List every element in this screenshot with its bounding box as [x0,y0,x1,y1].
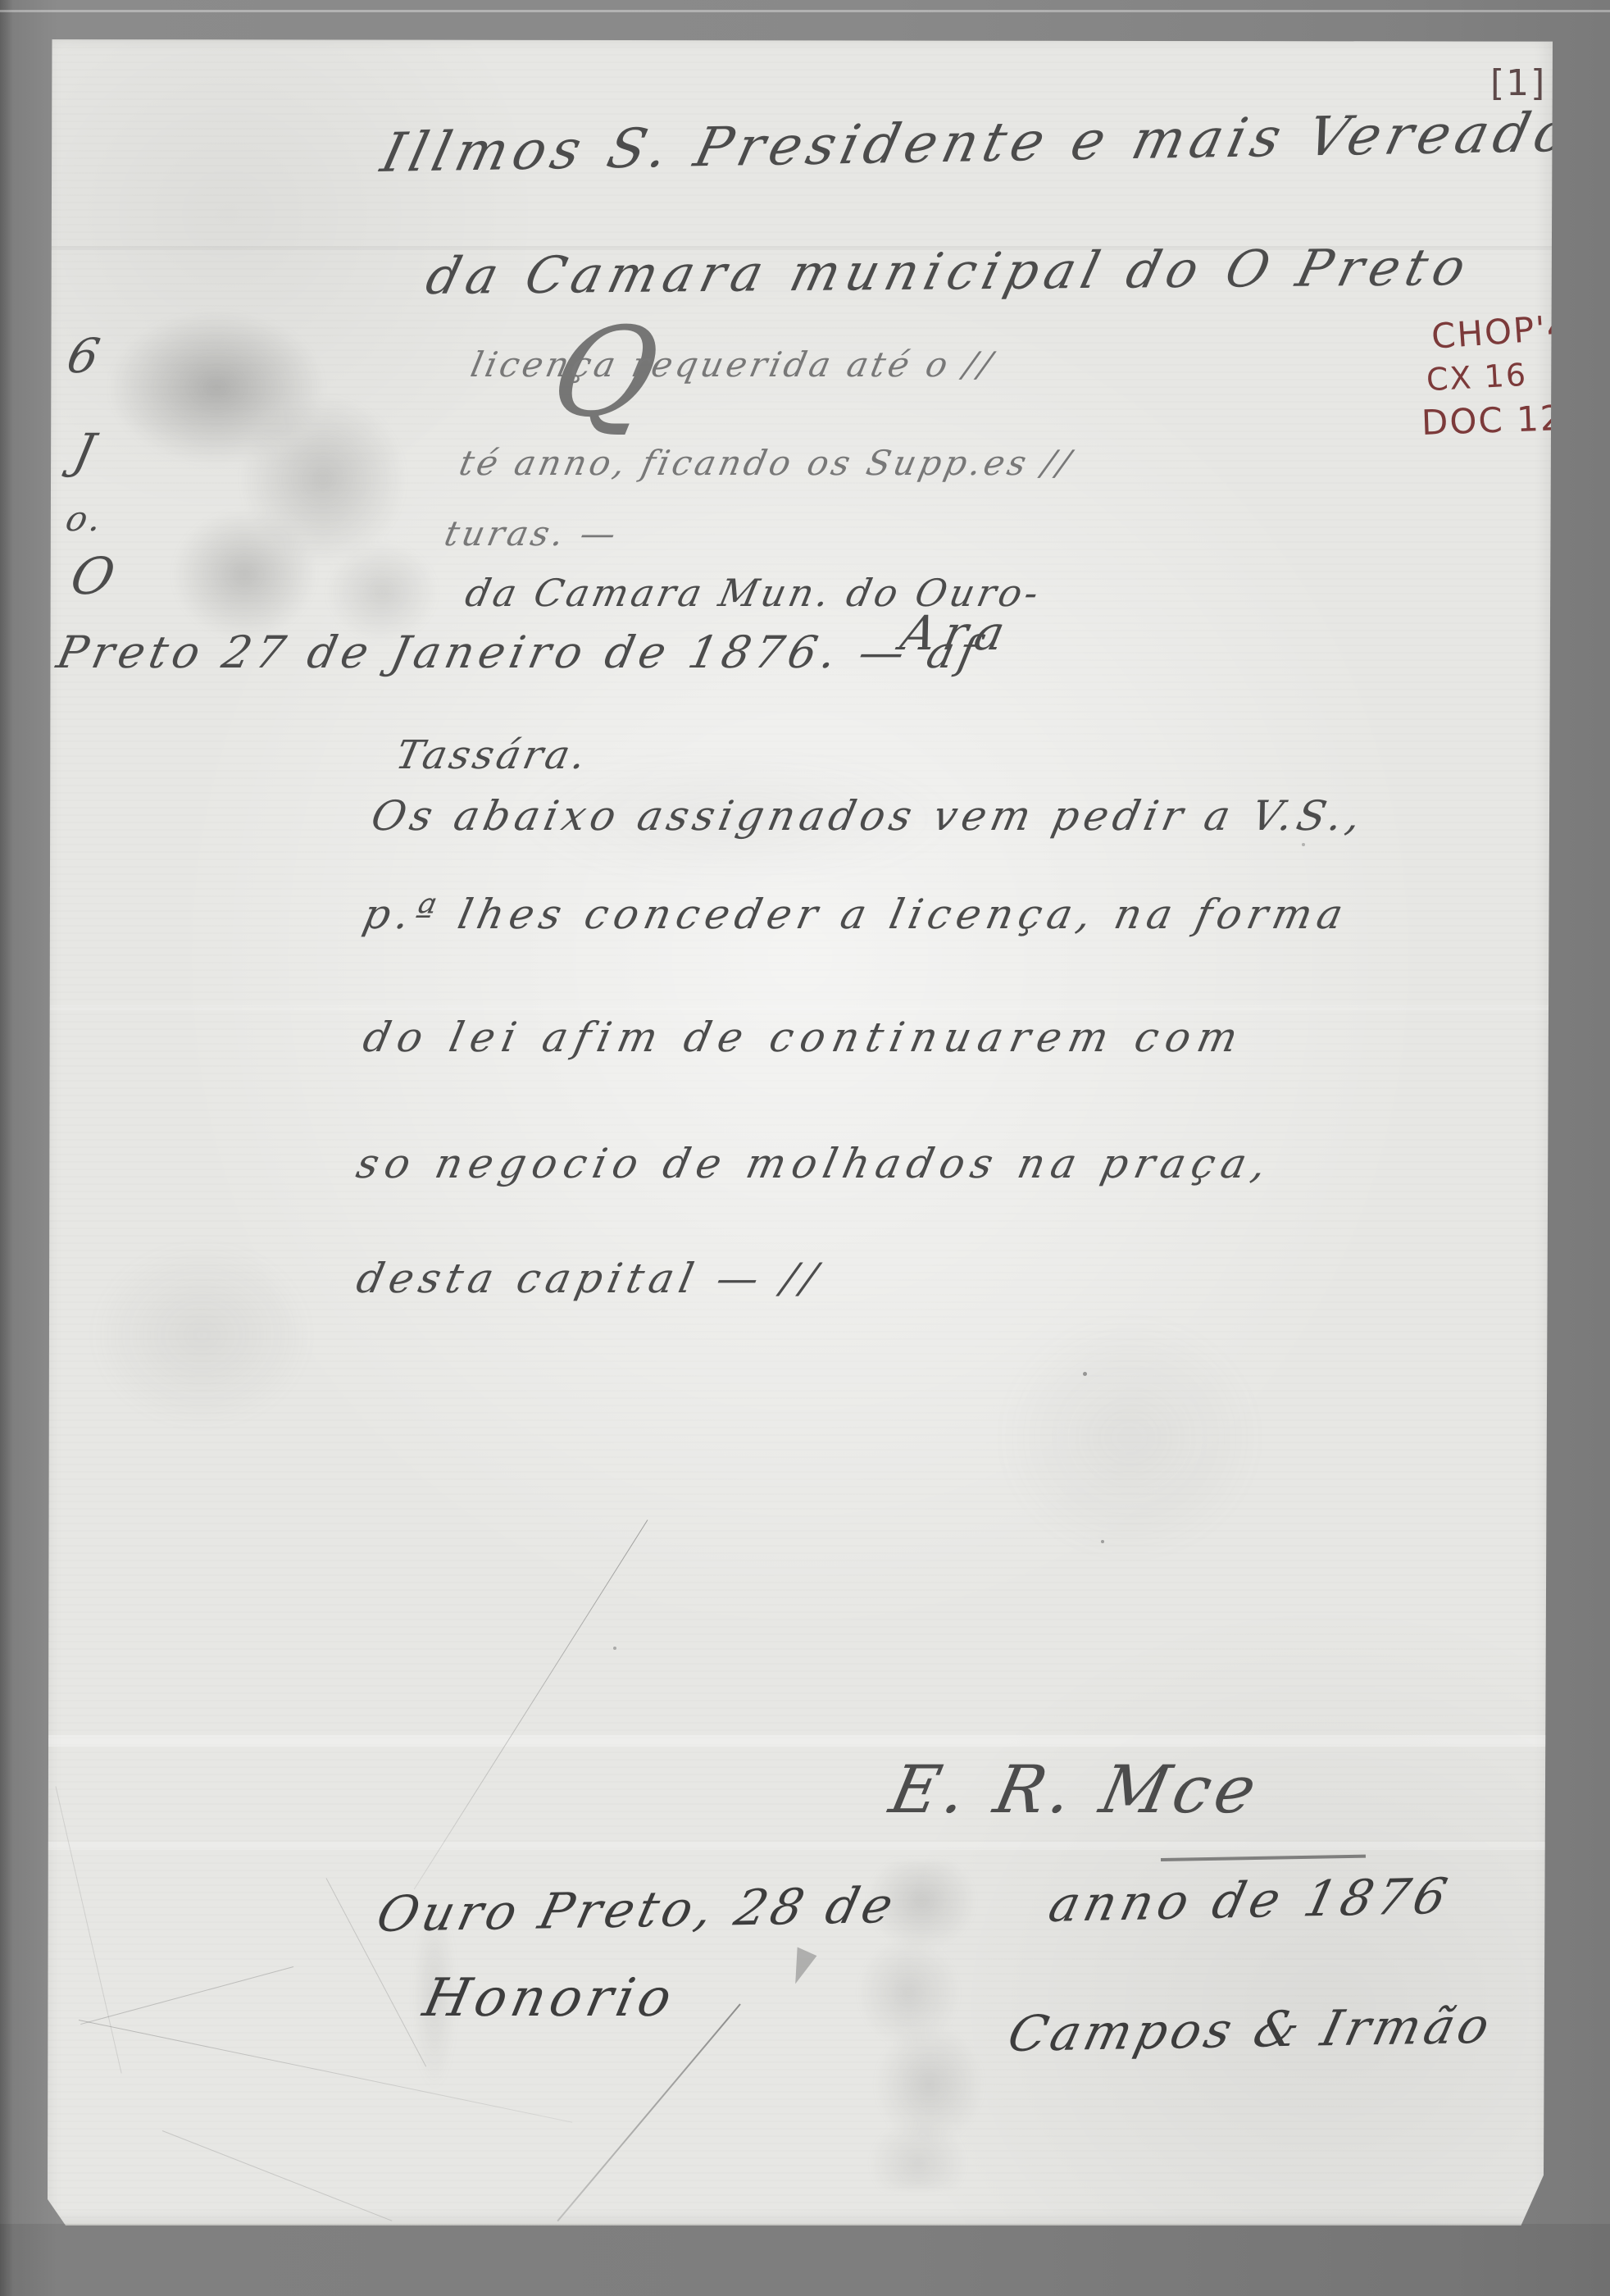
archival-page-mark: [1] [1490,62,1546,104]
ink-smudge-stain [107,310,500,663]
paper-speck [1083,1372,1087,1376]
archival-chop-mark: CHOP'4 [1430,307,1571,357]
paper-speck [613,1647,616,1650]
faint-stain [69,1179,364,1491]
crease-line [56,1786,122,2073]
body-line-2: p.ª lhes conceder a licença, na forma [359,891,1353,938]
body-line-4: so negocio de molhados na praça, [352,1140,1277,1187]
body-line-1: Os abaixo assignados vem pedir a V.S., [367,792,1370,840]
paper-speck [1101,1540,1104,1543]
closing-place-date-right: anno de 1876 [1044,1868,1457,1934]
archival-doc-mark: DOC 12 [1421,398,1564,443]
archival-cx-mark: CX 16 [1426,357,1528,398]
margin-note-line-1: licença requerida até o // [467,344,998,385]
paper-speck [1302,843,1305,846]
scanned-document: Illmos S. Presidente e mais Vereadores d… [0,0,1610,2296]
document-page: Illmos S. Presidente e mais Vereadores d… [48,39,1553,2225]
margin-letter: 6 [62,328,107,384]
scan-band [48,1842,1553,1850]
signature-underline [1161,1855,1366,1861]
signer-honorio: Honorio [418,1968,681,2029]
signer-campos-irmao: Campos & Irmão [1003,1998,1499,2063]
tear-flap [784,1947,817,1988]
closing-place-date-left: Ouro Preto, 28 de [371,1877,903,1943]
faint-stain [933,1253,1326,1663]
scanner-bottom-shadow [0,2224,1610,2296]
scanner-glare-line [0,10,1610,12]
body-line-5: desta capital — // [352,1255,827,1302]
dispatch-date-line: Preto 27 de Janeiro de 1876. — af [52,626,986,678]
margin-letter: J [69,423,103,479]
scan-band [48,1735,1553,1747]
salutation: Tassára. [392,732,594,778]
rubric-signature: Ara [896,605,1018,661]
crease-line [79,2020,572,2123]
margin-note-line-2: té anno, ficando os Supp.es // [456,443,1077,483]
body-line-3: do lei afim de continuarem com [359,1014,1249,1061]
crease-line [80,1966,293,2025]
crease-line [162,2130,393,2221]
margin-note-line-3: turas. — [441,513,623,553]
margin-letter: o. [62,499,108,539]
council-signature: E. R. Mce [884,1752,1267,1828]
crease-line [414,1519,648,1889]
margin-letter: O [66,546,123,606]
header-line-2: da Camara municipal do O Preto [421,237,1478,306]
scan-band [48,1005,1553,1010]
tear-line [557,2003,740,2221]
header-line-1: Illmos S. Presidente e mais Vereadores [375,99,1610,184]
